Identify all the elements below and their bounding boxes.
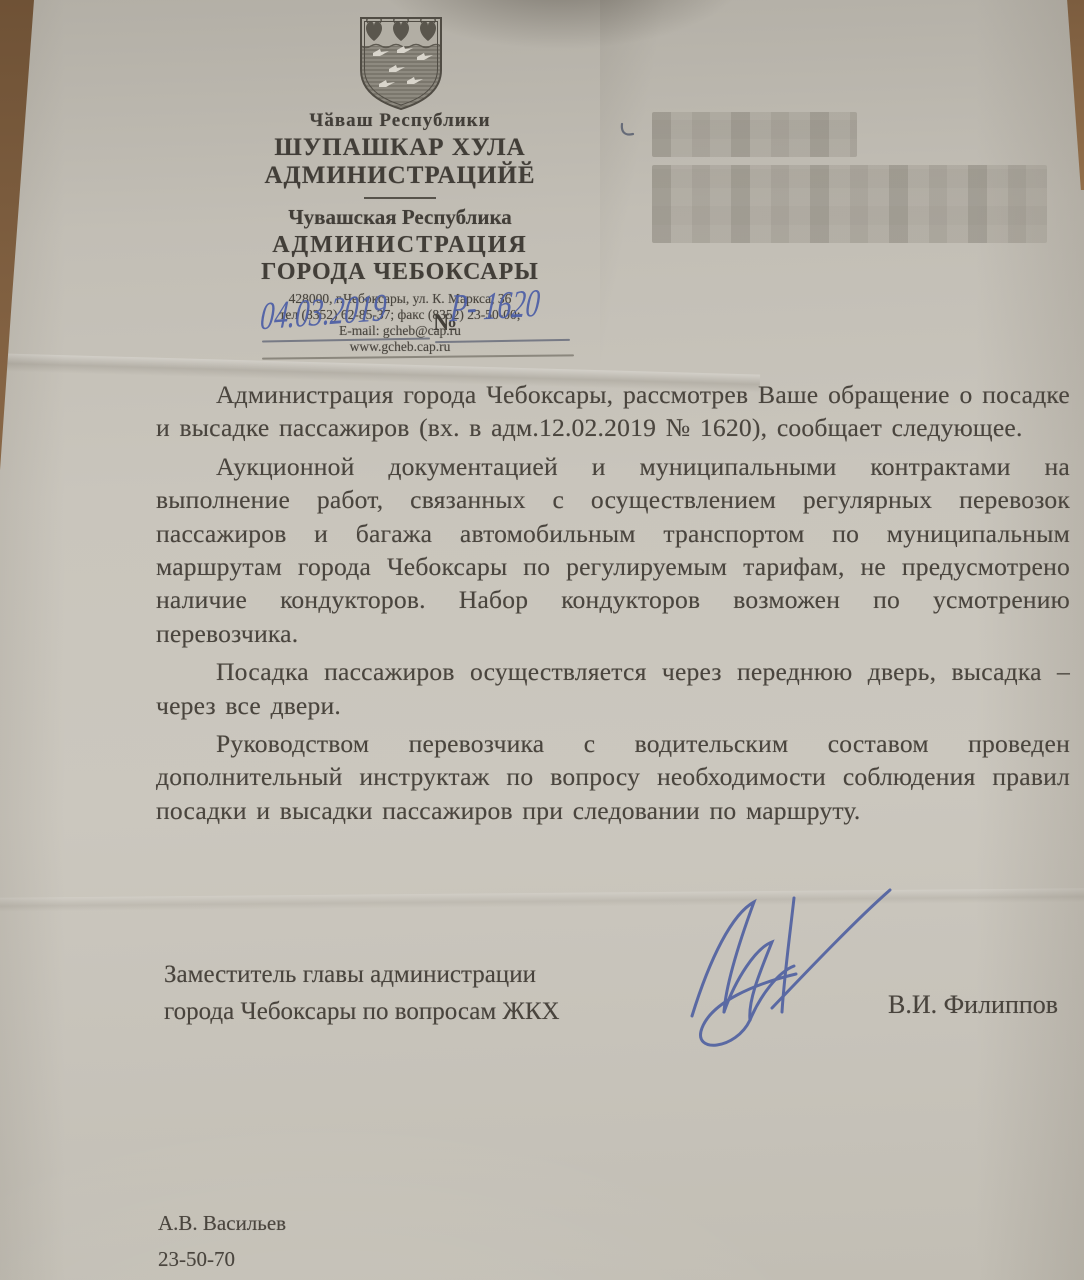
paragraph-4: Руководством перевозчика с водительским …	[156, 727, 1070, 827]
handwritten-signature-icon	[662, 888, 902, 1058]
website: www.gcheb.cap.ru	[150, 339, 650, 355]
paragraph-1: Администрация города Чебоксары, рассмотр…	[156, 378, 1070, 445]
paragraph-2: Аукционной документацией и муниципальным…	[156, 450, 1070, 650]
photographed-letter: Чӑваш Республики ШУПАШКАР ХУЛА АДМИНИСТР…	[0, 0, 1084, 1280]
signer-position-line1: Заместитель главы администрации	[164, 956, 560, 993]
letterhead: Чӑваш Республики ШУПАШКАР ХУЛА АДМИНИСТР…	[150, 110, 650, 355]
phone-fax: тел (8352) 62-85-37; факс (8352) 23-50-0…	[150, 307, 650, 323]
letterhead-contacts: 428000, г.Чебоксары, ул. К. Маркса, 36 т…	[150, 291, 650, 355]
letterhead-divider	[364, 197, 436, 199]
handwritten-outgoing-number: Р- 1620	[448, 283, 541, 332]
russian-republic-line: Чувашская Республика	[150, 205, 650, 230]
executor-name: А.В. Васильев	[158, 1205, 286, 1241]
paragraph-3: Посадка пассажиров осуществляется через …	[156, 655, 1070, 722]
signer-name: В.И. Филиппов	[888, 990, 1058, 1020]
redacted-recipient-name	[652, 112, 857, 157]
redacted-recipient-address	[652, 165, 1047, 243]
executor-block: А.В. Васильев 23-50-70	[158, 1205, 286, 1277]
chuvash-republic-line: Чӑваш Республики	[150, 110, 650, 132]
pen-check-tick-icon	[616, 118, 642, 144]
signer-position: Заместитель главы администрации города Ч…	[164, 956, 560, 1030]
letter-content: Чӑваш Республики ШУПАШКАР ХУЛА АДМИНИСТР…	[0, 0, 1084, 1280]
coat-of-arms-emblem-icon	[355, 13, 447, 113]
chuvash-administration-line2: АДМИНИСТРАЦИЙӖ	[150, 162, 650, 190]
letter-body: Администрация города Чебоксары, рассмотр…	[156, 378, 1070, 832]
reply-reference-blank-line	[262, 354, 574, 359]
email: E-mail: gcheb@cap.ru	[150, 323, 650, 339]
postal-address: 428000, г.Чебоксары, ул. К. Маркса, 36	[150, 291, 650, 307]
russian-administration-line1: АДМИНИСТРАЦИЯ	[150, 232, 650, 259]
executor-phone: 23-50-70	[158, 1241, 286, 1277]
chuvash-administration-line1: ШУПАШКАР ХУЛА	[150, 134, 650, 162]
signer-position-line2: города Чебоксары по вопросам ЖКХ	[164, 993, 560, 1030]
russian-administration-line2: ГОРОДА ЧЕБОКСАРЫ	[150, 259, 650, 286]
